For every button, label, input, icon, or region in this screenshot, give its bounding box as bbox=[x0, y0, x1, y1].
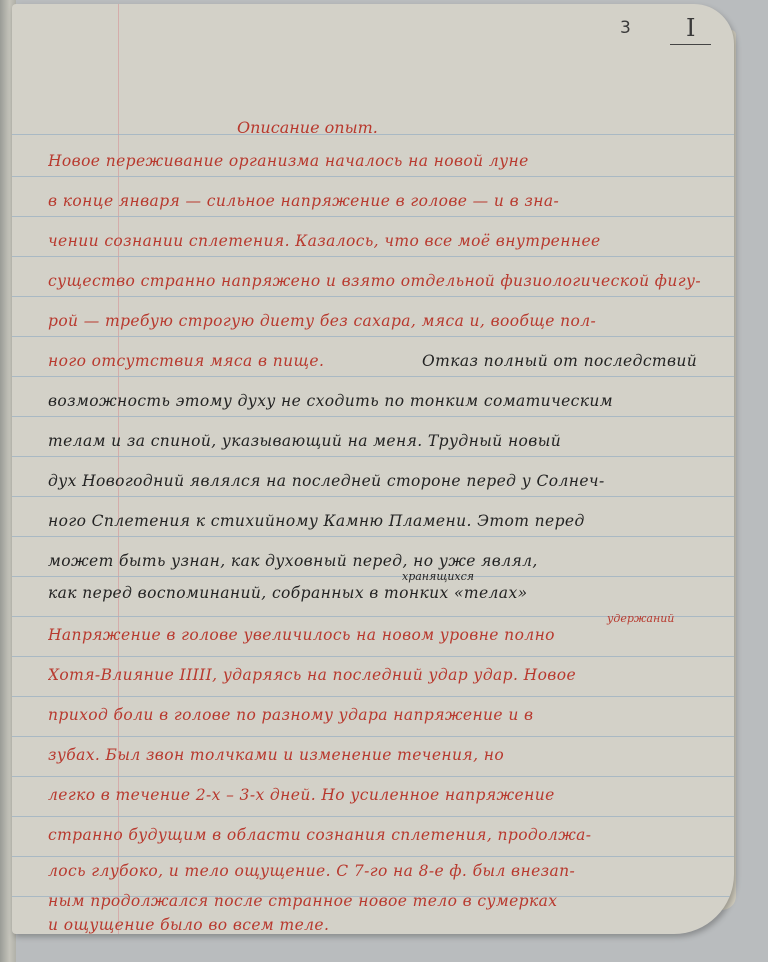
text-line: рой — требую строгую диету без сахара, м… bbox=[48, 312, 704, 330]
ruled-line bbox=[12, 816, 734, 817]
text-line: ного Сплетения к стихийному Камню Пламен… bbox=[48, 512, 704, 530]
text-line: в конце января — сильное напряжение в го… bbox=[48, 192, 704, 210]
text-line: приход боли в голове по разному удара на… bbox=[48, 706, 704, 724]
text-line: как перед воспоминаний, собранных в тонк… bbox=[48, 584, 704, 602]
interlinear-insertion: хранящихся bbox=[402, 570, 474, 583]
page-title: Описание опыт. bbox=[237, 118, 378, 137]
ruled-line bbox=[12, 336, 734, 337]
text-line: странно будущим в области сознания сплет… bbox=[48, 826, 704, 844]
text-line: Отказ полный от последствий bbox=[422, 352, 704, 370]
notebook-page: 3 I Описание опыт. Новое переживание орг… bbox=[12, 4, 734, 934]
text-line: легко в течение 2-х – 3-х дней. Но усиле… bbox=[48, 786, 704, 804]
ruled-line bbox=[12, 536, 734, 537]
ruled-line bbox=[12, 496, 734, 497]
text-line: Хотя-Влияние IIIII, ударяясь на последни… bbox=[48, 666, 704, 684]
page-number-pencil: 3 bbox=[620, 18, 631, 38]
ruled-line bbox=[12, 696, 734, 697]
ruled-line bbox=[12, 776, 734, 777]
text-line: дух Новогодний являлся на последней стор… bbox=[48, 472, 704, 490]
ruled-line bbox=[12, 736, 734, 737]
ruled-line bbox=[12, 376, 734, 377]
text-line: зубах. Был звон толчками и изменение теч… bbox=[48, 746, 704, 764]
text-line: Напряжение в голове увеличилось на новом… bbox=[48, 626, 704, 644]
ruled-line bbox=[12, 296, 734, 297]
interlinear-insertion: удержаний bbox=[607, 612, 674, 625]
text-line: ным продолжался после странное новое тел… bbox=[48, 892, 704, 910]
ruled-line bbox=[12, 576, 734, 577]
text-line: чении сознании сплетения. Казалось, что … bbox=[48, 232, 704, 250]
text-line: лось глубоко, и тело ощущение. С 7-го на… bbox=[48, 862, 704, 880]
text-line: ного отсутствия мяса в пище. bbox=[48, 352, 394, 370]
text-line: существо странно напряжено и взято отдел… bbox=[48, 272, 704, 290]
text-line: может быть узнан, как духовный перед, но… bbox=[48, 552, 704, 570]
text-line: возможность этому духу не сходить по тон… bbox=[48, 392, 704, 410]
ruled-line bbox=[12, 216, 734, 217]
ruled-line bbox=[12, 416, 734, 417]
page-number-roman: I bbox=[670, 14, 711, 45]
ruled-line bbox=[12, 176, 734, 177]
text-line: Новое переживание организма началось на … bbox=[48, 152, 704, 170]
text-line: телам и за спиной, указывающий на меня. … bbox=[48, 432, 704, 450]
ruled-line bbox=[12, 856, 734, 857]
ruled-line bbox=[12, 656, 734, 657]
ruled-line bbox=[12, 256, 734, 257]
ruled-line bbox=[12, 456, 734, 457]
text-line: и ощущение было во всем теле. bbox=[48, 916, 704, 934]
